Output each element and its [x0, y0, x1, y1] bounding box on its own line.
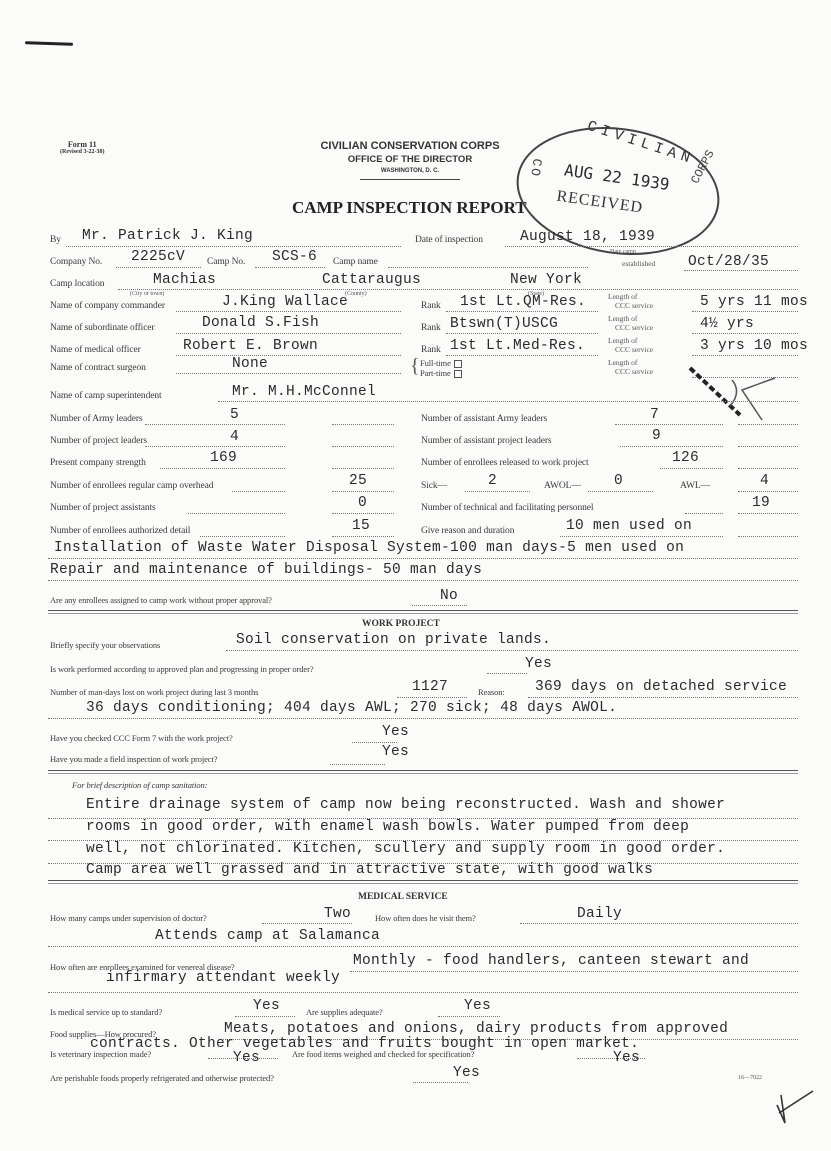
camp-county: Cattaraugus — [322, 272, 421, 288]
camp-city: Machias — [153, 272, 216, 288]
subordinate-service: 4½ yrs — [700, 316, 754, 332]
veterinary-label: Is veterinary inspection made? — [50, 1049, 151, 1059]
project-assistants-label: Number of project assistants — [50, 503, 156, 513]
medical-service-heading: MEDICAL SERVICE — [358, 892, 448, 902]
up-to-standard: Yes — [253, 998, 280, 1014]
released-to-work: 126 — [672, 450, 699, 466]
agency-name: CIVILIAN CONSERVATION CORPS — [290, 140, 530, 152]
camp-superintendent: Mr. M.H.McConnel — [232, 384, 376, 400]
form7: Yes — [382, 724, 409, 740]
supplies-adequate: Yes — [464, 998, 491, 1014]
venereal-exam-line-2: infirmary attendant weekly — [106, 970, 340, 986]
doctor-note: Attends camp at Salamanca — [155, 928, 380, 944]
company-no-label: Company No. — [50, 257, 102, 267]
service-label: CCC service — [615, 301, 653, 310]
observations: Soil conservation on private lands. — [236, 632, 551, 648]
awol-label: AWOL— — [544, 481, 581, 491]
date-of-inspection: August 18, 1939 — [520, 229, 655, 245]
rank-label: Rank — [421, 345, 441, 355]
company-strength: 169 — [210, 450, 237, 466]
assistant-project-leaders: 9 — [652, 428, 661, 444]
medical-officer-rank: 1st Lt.Med-Res. — [450, 338, 585, 354]
service-label: Length of — [608, 292, 637, 301]
reason-value: 10 men used on — [566, 518, 692, 534]
letterhead: CIVILIAN CONSERVATION CORPS OFFICE OF TH… — [290, 140, 530, 180]
form-number: Form 11 (Revised 3-22-38) — [60, 140, 105, 155]
section-divider — [48, 610, 798, 614]
company-commander: J.King Wallace — [222, 294, 348, 310]
approved-plan-label: Is work performed according to approved … — [50, 664, 314, 674]
medical-officer: Robert E. Brown — [183, 338, 318, 354]
awol-count: 0 — [614, 473, 623, 489]
food-weighed: Yes — [613, 1050, 640, 1066]
stamp-status: RECEIVED — [555, 188, 644, 218]
subordinate-officer-label: Name of subordinate officer — [50, 323, 155, 333]
sanitation-line-4: Camp area well grassed and in attractive… — [86, 862, 653, 878]
army-leaders-label: Number of Army leaders — [50, 414, 143, 424]
approved-plan: Yes — [525, 656, 552, 672]
released-to-work-label: Number of enrollees released to work pro… — [421, 458, 589, 468]
camp-superintendent-label: Name of camp superintendent — [50, 391, 162, 401]
scan-mark — [25, 41, 73, 46]
date-established: Oct/28/35 — [688, 254, 769, 270]
service-label: Length of — [608, 358, 637, 367]
commander-service: 5 yrs 11 mos — [700, 294, 808, 310]
assistant-army-leaders: 7 — [650, 407, 659, 423]
project-leaders: 4 — [230, 429, 239, 445]
stamp-date: AUG 22 1939 — [563, 160, 671, 194]
service-label: CCC service — [615, 367, 653, 376]
service-label: CCC service — [615, 323, 653, 332]
supplies-adequate-label: Are supplies adequate? — [306, 1007, 383, 1017]
reason-label: Reason: — [478, 687, 505, 697]
company-commander-label: Name of company commander — [50, 301, 165, 311]
date-established-label: established — [622, 259, 655, 268]
medical-officer-label: Name of medical officer — [50, 345, 141, 355]
project-assistants: 0 — [358, 495, 367, 511]
refrigerated: Yes — [453, 1065, 480, 1081]
stamp-top-text: CIVILIAN — [585, 118, 697, 169]
company-no: 2225cV — [131, 249, 185, 265]
assistant-project-leaders-label: Number of assistant project leaders — [421, 436, 552, 446]
awl-count: 4 — [760, 473, 769, 489]
page-title: CAMP INSPECTION REPORT — [292, 198, 527, 218]
without-approval-label: Are any enrollees assigned to camp work … — [50, 595, 272, 605]
camp-no-label: Camp No. — [207, 257, 245, 267]
work-project-heading: WORK PROJECT — [362, 619, 440, 629]
authorized-detail: 15 — [352, 518, 370, 534]
observations-label: Briefly specify your observations — [50, 640, 160, 650]
section-divider — [48, 880, 798, 884]
man-days-reason-line-2: 36 days conditioning; 404 days AWL; 270 … — [86, 700, 617, 716]
camp-no: SCS-6 — [272, 249, 317, 265]
rank-label: Rank — [421, 323, 441, 333]
print-code: 16—7022 — [738, 1075, 762, 1081]
section-divider — [48, 770, 798, 774]
without-approval: No — [440, 588, 458, 604]
refrigerated-label: Are perishable foods properly refrigerat… — [50, 1073, 274, 1083]
man-days-lost-label: Number of man-days lost on work project … — [50, 687, 258, 697]
sanitation-line-1: Entire drainage system of camp now being… — [86, 797, 725, 813]
technical-personnel: 19 — [752, 495, 770, 511]
full-time-checkbox[interactable] — [454, 360, 462, 368]
sanitation-line-3: well, not chlorinated. Kitchen, scullery… — [86, 841, 725, 857]
by-label: By — [50, 235, 61, 245]
camps-supervised: Two — [324, 906, 351, 922]
reason-line-3: Repair and maintenance of buildings- 50 … — [50, 562, 482, 578]
date-established-label-top: Date camp — [610, 249, 636, 255]
camp-state: New York — [510, 272, 582, 288]
food-weighed-label: Are food items weighed and checked for s… — [292, 1049, 474, 1059]
sick-label: Sick— — [421, 481, 447, 491]
army-leaders: 5 — [230, 407, 239, 423]
field-inspection: Yes — [382, 744, 409, 760]
city-hint: (City or town) — [130, 291, 164, 297]
inspector-name: Mr. Patrick J. King — [82, 228, 253, 244]
camp-location-label: Camp location — [50, 279, 104, 289]
company-strength-label: Present company strength — [50, 458, 146, 468]
stamp-left-text: CO — [527, 157, 545, 179]
camps-supervised-label: How many camps under supervision of doct… — [50, 913, 207, 923]
rank-label: Rank — [421, 301, 441, 311]
awl-label: AWL— — [680, 481, 710, 491]
medical-officer-service: 3 yrs 10 mos — [700, 338, 808, 354]
up-to-standard-label: Is medical service up to standard? — [50, 1007, 162, 1017]
sanitation-line-2: rooms in good order, with enamel wash bo… — [86, 819, 689, 835]
city-name: WASHINGTON, D. C. — [290, 168, 530, 174]
venereal-exam: Monthly - food handlers, canteen stewart… — [353, 953, 749, 969]
regular-overhead-label: Number of enrollees regular camp overhea… — [50, 481, 213, 491]
commander-rank: 1st Lt.QM-Res. — [460, 294, 586, 310]
form7-label: Have you checked CCC Form 7 with the wor… — [50, 733, 233, 743]
full-time-option[interactable]: Full-time — [420, 358, 462, 368]
pencil-check-mark — [775, 1085, 820, 1125]
regular-overhead: 25 — [349, 473, 367, 489]
part-time-checkbox[interactable] — [454, 370, 462, 378]
man-days-lost: 1127 — [412, 679, 448, 695]
veterinary: Yes — [233, 1050, 260, 1066]
assistant-army-leaders-label: Number of assistant Army leaders — [421, 414, 547, 424]
subordinate-rank: Btswn(T)USCG — [450, 316, 558, 332]
field-inspection-label: Have you made a field inspection of work… — [50, 754, 217, 764]
subordinate-officer: Donald S.Fish — [202, 315, 319, 331]
brace: { — [410, 356, 420, 376]
project-leaders-label: Number of project leaders — [50, 436, 147, 446]
part-time-option[interactable]: Part-time — [420, 368, 462, 378]
visit-frequency: Daily — [577, 906, 622, 922]
sick-count: 2 — [488, 473, 497, 489]
reason-label: Give reason and duration — [421, 526, 514, 536]
visit-frequency-label: How often does he visit them? — [375, 913, 476, 923]
service-label: Length of — [608, 336, 637, 345]
contract-surgeon: None — [232, 356, 268, 372]
reason-line-2: Installation of Waste Water Disposal Sys… — [54, 540, 684, 556]
service-label: Length of — [608, 314, 637, 323]
man-days-reason: 369 days on detached service — [535, 679, 787, 695]
county-hint: (County) — [345, 291, 367, 297]
pencil-check-mark — [670, 360, 790, 430]
service-label: CCC service — [615, 345, 653, 354]
office-name: OFFICE OF THE DIRECTOR — [290, 154, 530, 165]
food-procured: Meats, potatoes and onions, dairy produc… — [224, 1021, 728, 1037]
contract-surgeon-label: Name of contract surgeon — [50, 363, 146, 373]
date-of-inspection-label: Date of inspection — [415, 235, 483, 245]
technical-personnel-label: Number of technical and facilitating per… — [421, 503, 593, 513]
sanitation-label: For brief description of camp sanitation… — [72, 780, 207, 790]
camp-name-label: Camp name — [333, 257, 378, 267]
authorized-detail-label: Number of enrollees authorized detail — [50, 526, 190, 536]
